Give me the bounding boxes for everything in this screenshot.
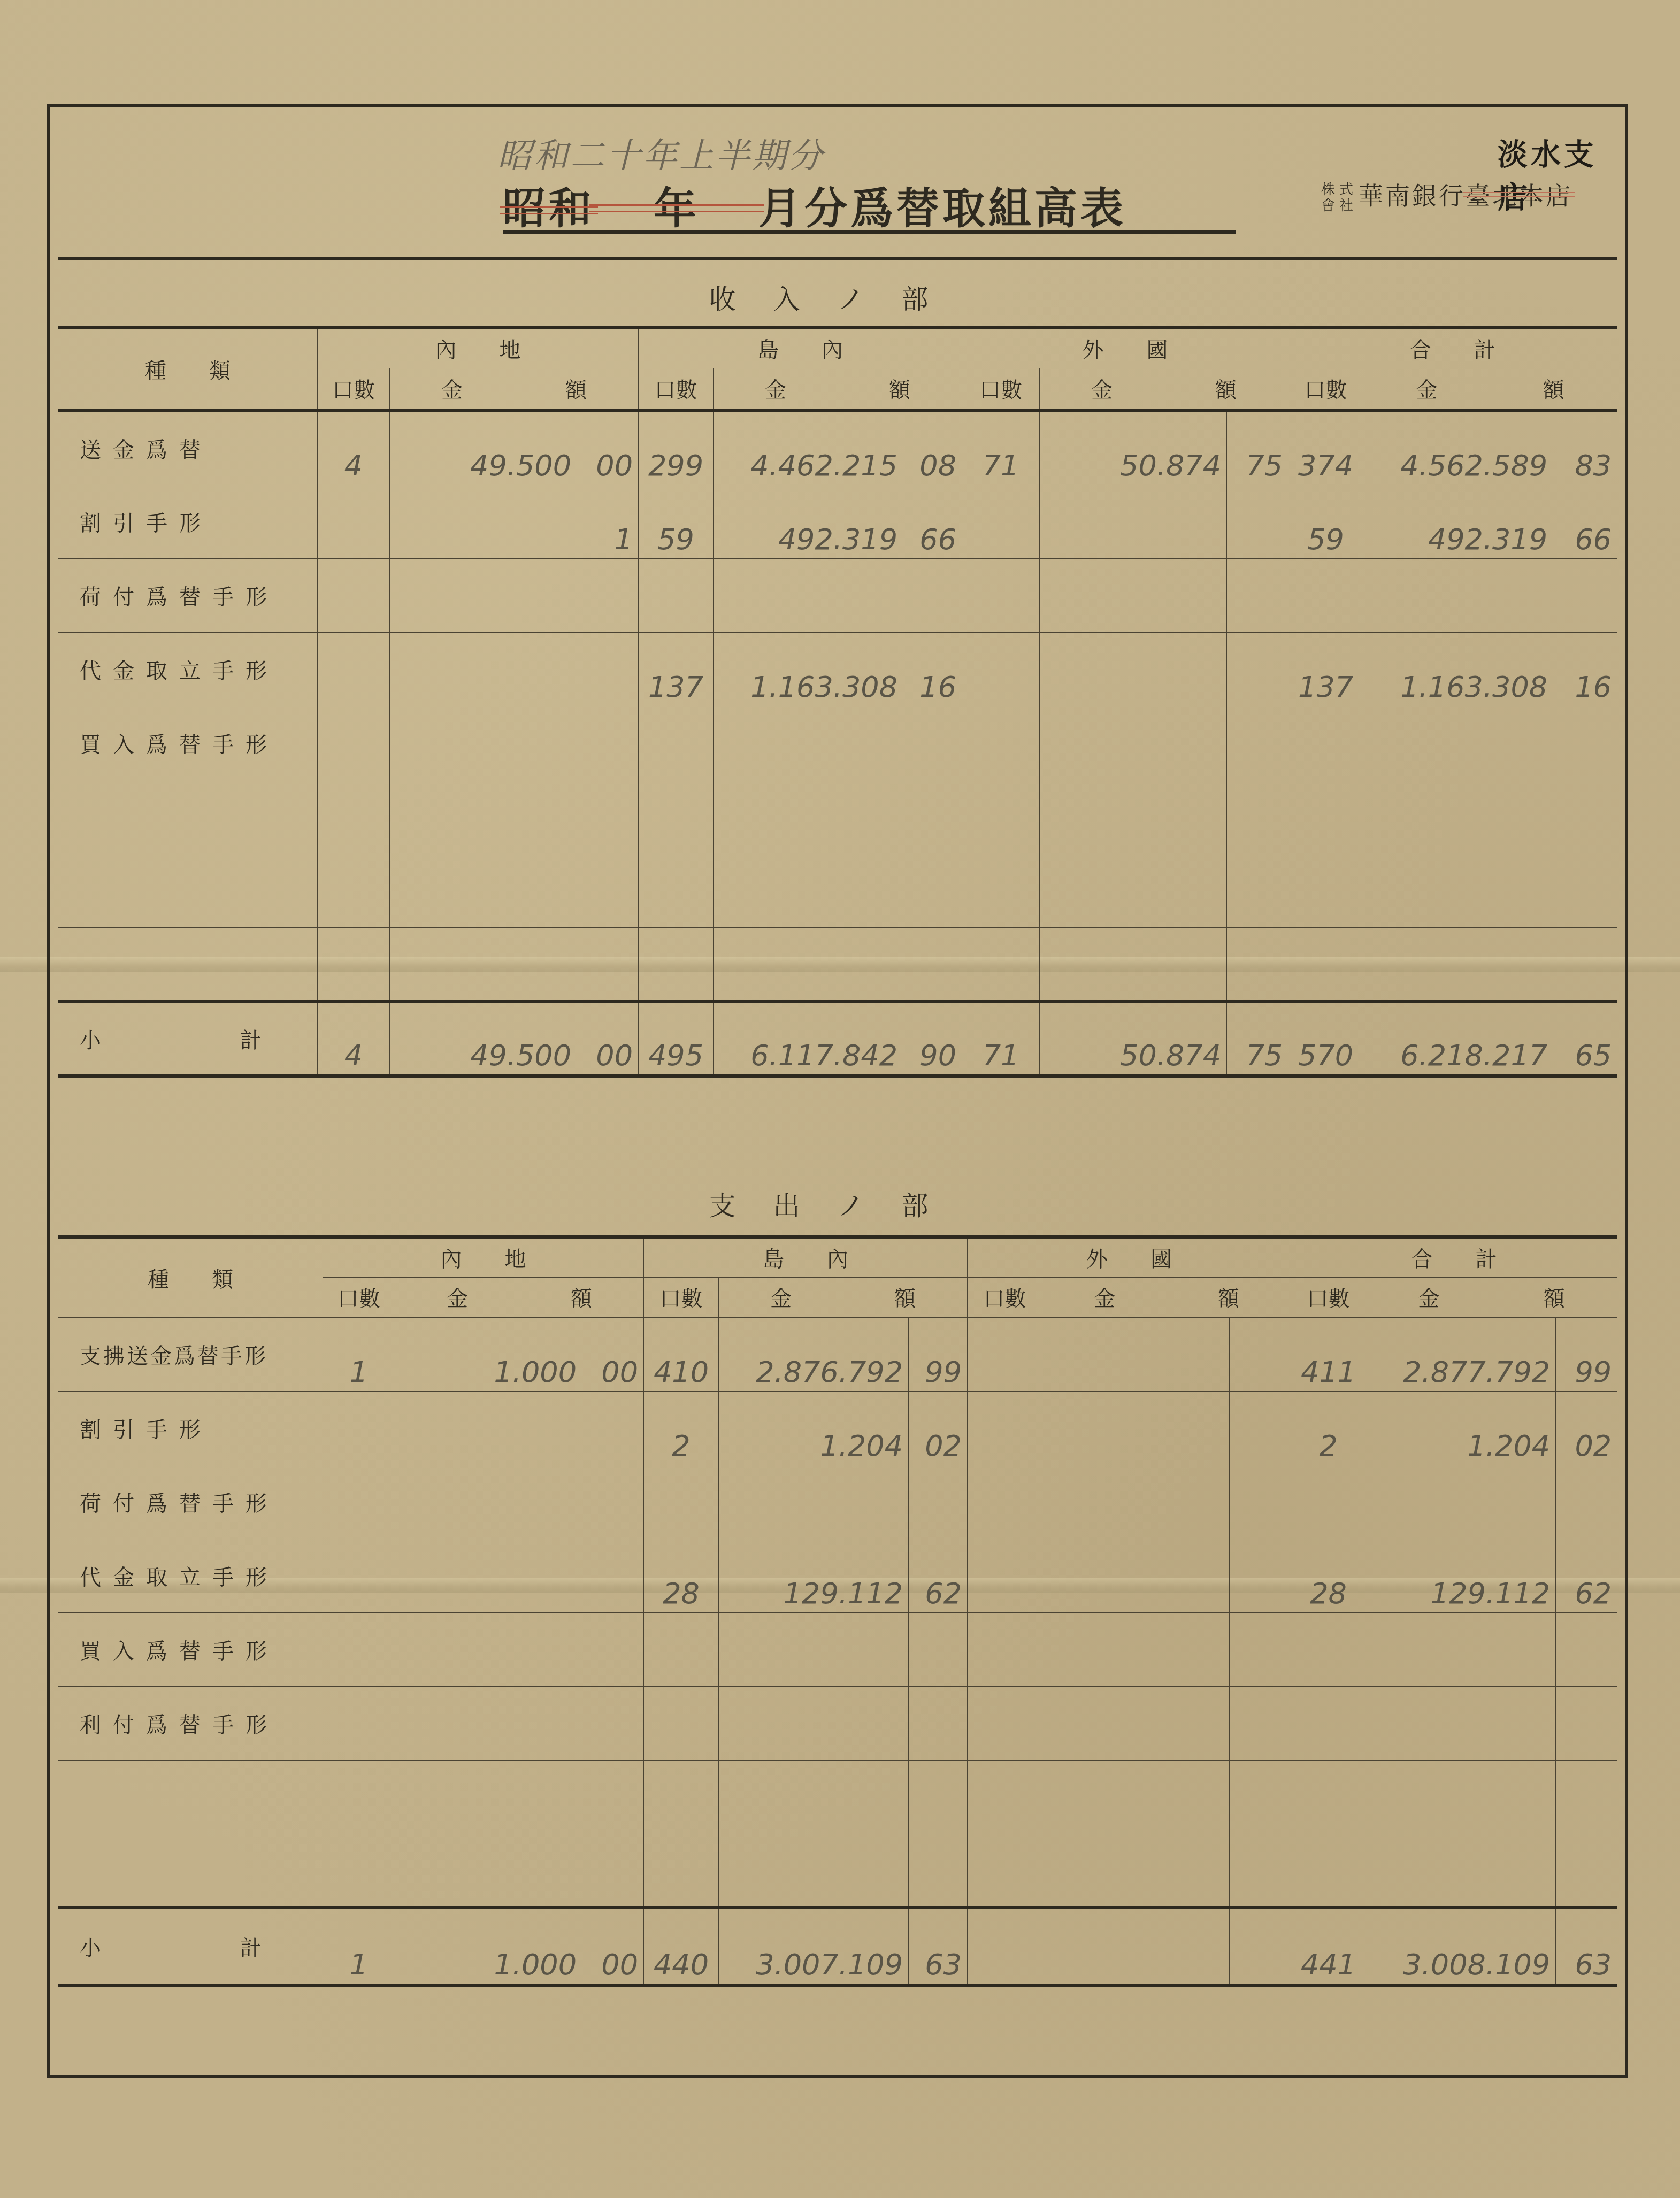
total-count-cell: 411 [1291,1317,1366,1391]
tounai-sen-cell [909,1760,968,1834]
gaikoku-yen-cell [1042,1391,1230,1465]
gaikoku-sen-cell [1230,1465,1291,1539]
table-row: 利付爲替手形 [58,1686,1617,1760]
gaikoku-sen-cell [1227,485,1288,558]
gaikoku-count-cell [968,1317,1042,1391]
subtotal-gaikoku-yen [1042,1908,1230,1985]
total-count-cell: 374 [1288,411,1363,485]
total-count-cell [1291,1686,1366,1760]
gaikoku-sen-cell [1230,1612,1291,1686]
form-header: 昭和二十年上半期分 昭和年月分爲替取組高表 淡水支店 株式會社華南銀行臺北本店 [53,123,1621,251]
tounai-count-cell: 137 [639,632,714,706]
header-amount-right: 額 [1544,1282,1565,1312]
gaikoku-yen-cell [1040,558,1227,632]
row-category: 割引手形 [58,485,318,558]
header-category: 種 類 [58,328,318,411]
subtotal-total-sen: 65 [1553,1001,1617,1076]
table-row [58,927,1617,1001]
naichi-yen-cell [395,1686,582,1760]
gaikoku-yen-cell [1042,1612,1230,1686]
naichi-yen-cell [390,706,577,780]
gaikoku-count-cell [962,485,1040,558]
total-sen-cell [1553,854,1617,927]
bank-name: 華南銀行 [1359,181,1466,210]
subtotal-total-yen: 3.008.109 [1366,1908,1556,1985]
tounai-count-cell: 299 [639,411,714,485]
subtotal-naichi-sen: 00 [577,1001,639,1076]
total-count-cell [1291,1465,1366,1539]
tounai-yen-cell [719,1612,909,1686]
section-rule [58,257,1617,260]
tounai-yen-cell: 1.163.308 [714,632,903,706]
gaikoku-count-cell [968,1539,1042,1612]
payments-title: 支出ノ部 [58,1185,1617,1223]
naichi-sen-cell [582,1760,644,1834]
naichi-count-cell [323,1760,395,1834]
tounai-count-cell [644,1834,719,1908]
tounai-yen-cell [719,1760,909,1834]
total-yen-cell [1363,854,1553,927]
naichi-yen-cell: 49.500 [390,411,577,485]
total-count-cell [1291,1834,1366,1908]
tounai-yen-cell: 1.204 [719,1391,909,1465]
total-yen-cell [1363,706,1553,780]
total-sen-cell [1553,706,1617,780]
header-amount-left: 金 [1094,1282,1115,1312]
header-group-naichi: 內 地 [318,328,639,368]
naichi-count-cell [323,1391,395,1465]
tounai-yen-cell [719,1834,909,1908]
title-year-text: 年 [654,183,700,233]
total-yen-cell: 4.562.589 [1363,411,1553,485]
header-amount: 金額 [1042,1277,1291,1317]
total-sen-cell: 62 [1556,1539,1617,1612]
gaikoku-sen-cell [1227,780,1288,854]
header-amount-right: 額 [1215,373,1237,404]
title-main-text: 月分爲替取組高表 [758,183,1126,233]
header-count: 口數 [639,368,714,411]
gaikoku-sen-cell [1230,1391,1291,1465]
receipts-table: 種 類 內 地 島 內 外 國 合 計 口數 金額 口數 金額 口數 金額 口數… [58,326,1617,1078]
header-count: 口數 [1288,368,1363,411]
red-strike-line [500,206,598,208]
header-amount-left: 金 [1418,1282,1439,1312]
company-type-top: 株式 [1321,182,1357,198]
header-amount: 金額 [395,1277,644,1317]
gaikoku-count-cell [968,1834,1042,1908]
naichi-yen-cell [395,1465,582,1539]
total-sen-cell [1553,558,1617,632]
naichi-count-cell [323,1539,395,1612]
subtotal-gaikoku-yen: 50.874 [1040,1001,1227,1076]
header-amount-left: 金 [447,1282,468,1312]
headquarters-text: 臺北本店 [1466,181,1572,210]
naichi-sen-cell [577,780,639,854]
form-title: 昭和年月分爲替取組高表 [503,174,1126,235]
naichi-sen-cell [577,927,639,1001]
receipts-title: 收入ノ部 [58,278,1617,317]
naichi-count-cell [318,927,390,1001]
subtotal-tounai-sen: 63 [909,1908,968,1985]
header-amount-right: 額 [894,1282,916,1312]
gaikoku-count-cell [962,854,1040,927]
tounai-sen-cell [903,854,962,927]
subtotal-naichi-count: 4 [318,1001,390,1076]
naichi-count-cell [318,854,390,927]
subtotal-gaikoku-sen [1230,1908,1291,1985]
row-category: 送金爲替 [58,411,318,485]
naichi-yen-cell [395,1391,582,1465]
tounai-sen-cell [903,927,962,1001]
naichi-sen-cell [577,632,639,706]
table-row: 荷付爲替手形 [58,1465,1617,1539]
tounai-yen-cell: 129.112 [719,1539,909,1612]
tounai-yen-cell: 492.319 [714,485,903,558]
header-amount-right: 額 [571,1282,592,1312]
table-row: 支拂送金爲替手形11.000004102.876.792994112.877.7… [58,1317,1617,1391]
tounai-yen-cell: 2.876.792 [719,1317,909,1391]
gaikoku-count-cell [968,1391,1042,1465]
tounai-count-cell: 59 [639,485,714,558]
row-category: 利付爲替手形 [58,1686,323,1760]
header-amount-right: 額 [1543,373,1564,404]
total-sen-cell [1556,1686,1617,1760]
naichi-yen-cell [390,854,577,927]
gaikoku-yen-cell [1040,854,1227,927]
header-category-label: 種 類 [145,359,231,383]
tounai-yen-cell [714,706,903,780]
payments-table: 種 類 內 地 島 內 外 國 合 計 口數 金額 口數 金額 口數 金額 口數… [58,1235,1617,1987]
tounai-count-cell [639,706,714,780]
table-row [58,854,1617,927]
gaikoku-count-cell [968,1686,1042,1760]
naichi-sen-cell [582,1686,644,1760]
tounai-count-cell [639,558,714,632]
subtotal-total-sen: 63 [1556,1908,1617,1985]
total-count-cell: 137 [1288,632,1363,706]
tounai-sen-cell [909,1686,968,1760]
header-count: 口數 [323,1277,395,1317]
table-row: 荷付爲替手形 [58,558,1617,632]
total-yen-cell [1363,558,1553,632]
table-row: 代金取立手形1371.163.308161371.163.30816 [58,632,1617,706]
total-sen-cell: 83 [1553,411,1617,485]
tounai-yen-cell: 4.462.215 [714,411,903,485]
total-sen-cell: 02 [1556,1391,1617,1465]
title-underline [503,230,1236,234]
header-amount-right: 額 [889,373,910,404]
total-yen-cell [1366,1686,1556,1760]
gaikoku-count-cell [962,780,1040,854]
header-count: 口數 [962,368,1040,411]
naichi-sen-cell [582,1612,644,1686]
total-count-cell [1291,1612,1366,1686]
naichi-sen-cell [582,1539,644,1612]
tounai-count-cell: 410 [644,1317,719,1391]
header-group-gaikoku: 外 國 [968,1237,1291,1277]
company-type: 株式會社 [1321,182,1359,214]
tounai-count-cell [644,1760,719,1834]
tounai-sen-cell: 16 [903,632,962,706]
naichi-yen-cell [390,558,577,632]
tounai-count-cell [644,1612,719,1686]
row-category: 支拂送金爲替手形 [58,1317,323,1391]
subtotal-row: 小 計449.500004956.117.842907150.874755706… [58,1001,1617,1076]
total-count-cell [1288,780,1363,854]
total-yen-cell [1366,1465,1556,1539]
subtotal-gaikoku-sen: 75 [1227,1001,1288,1076]
tounai-sen-cell [909,1465,968,1539]
tounai-sen-cell [903,706,962,780]
gaikoku-count-cell [962,706,1040,780]
naichi-count-cell: 4 [318,411,390,485]
header-category: 種 類 [58,1237,323,1317]
header-group-naichi: 內 地 [323,1237,644,1277]
total-sen-cell [1556,1612,1617,1686]
table-row: 代金取立手形28129.1126228129.11262 [58,1539,1617,1612]
subtotal-gaikoku-count: 71 [962,1001,1040,1076]
naichi-yen-cell: 1.000 [395,1317,582,1391]
total-yen-cell [1366,1760,1556,1834]
subtotal-naichi-sen: 00 [582,1908,644,1985]
header-amount: 金額 [1040,368,1288,411]
naichi-sen-cell [582,1834,644,1908]
header-group-total: 合 計 [1291,1237,1617,1277]
tounai-count-cell [644,1465,719,1539]
gaikoku-yen-cell [1042,1760,1230,1834]
tounai-sen-cell: 62 [909,1539,968,1612]
row-category: 買入爲替手形 [58,1612,323,1686]
subtotal-naichi-yen: 49.500 [390,1001,577,1076]
header-count: 口數 [318,368,390,411]
total-yen-cell: 129.112 [1366,1539,1556,1612]
struck-year: 年 [654,183,700,233]
subtotal-tounai-sen: 90 [903,1001,962,1076]
row-category: 代金取立手形 [58,1539,323,1612]
total-yen-cell: 2.877.792 [1366,1317,1556,1391]
subtotal-total-yen: 6.218.217 [1363,1001,1553,1076]
naichi-count-cell [323,1465,395,1539]
gaikoku-yen-cell [1042,1686,1230,1760]
naichi-count-cell [318,706,390,780]
row-category [58,854,318,927]
naichi-count-cell [318,780,390,854]
naichi-yen-cell [395,1834,582,1908]
total-count-cell [1288,927,1363,1001]
red-strike-line [589,211,764,212]
subtotal-row: 小 計11.000004403.007.109634413.008.10963 [58,1908,1617,1985]
header-amount-left: 金 [1091,373,1113,404]
struck-headquarters: 臺北本店 [1466,181,1572,210]
naichi-yen-cell [395,1612,582,1686]
total-count-cell [1291,1760,1366,1834]
header-amount: 金額 [390,368,639,411]
tounai-count-cell [644,1686,719,1760]
naichi-count-cell [323,1612,395,1686]
subtotal-tounai-yen: 3.007.109 [719,1908,909,1985]
gaikoku-count-cell [962,632,1040,706]
total-sen-cell: 66 [1553,485,1617,558]
gaikoku-yen-cell [1042,1539,1230,1612]
gaikoku-count-cell [968,1612,1042,1686]
subtotal-tounai-count: 495 [639,1001,714,1076]
total-yen-cell [1363,780,1553,854]
total-yen-cell: 1.204 [1366,1391,1556,1465]
total-sen-cell [1556,1760,1617,1834]
total-sen-cell [1556,1834,1617,1908]
naichi-sen-cell: 1 [577,485,639,558]
naichi-yen-cell [390,485,577,558]
title-era-text: 昭和 [503,183,595,233]
gaikoku-count-cell [968,1760,1042,1834]
gaikoku-sen-cell [1227,632,1288,706]
subtotal-tounai-yen: 6.117.842 [714,1001,903,1076]
gaikoku-yen-cell [1040,632,1227,706]
tounai-count-cell: 28 [644,1539,719,1612]
company-name: 株式會社華南銀行臺北本店 [1321,176,1572,214]
header-group-total: 合 計 [1288,328,1617,368]
naichi-count-cell [318,485,390,558]
gaikoku-sen-cell [1230,1834,1291,1908]
table-row: 割引手形21.2040221.20402 [58,1391,1617,1465]
handwritten-period-note: 昭和二十年上半期分 [497,128,825,178]
header-amount-right: 額 [565,373,587,404]
company-type-bottom: 會社 [1321,198,1357,214]
tounai-sen-cell: 99 [909,1317,968,1391]
row-category [58,780,318,854]
table-row [58,1834,1617,1908]
header-amount-left: 金 [1416,373,1438,404]
total-sen-cell: 16 [1553,632,1617,706]
struck-era: 昭和 [503,183,595,233]
naichi-yen-cell [390,632,577,706]
row-category [58,1760,323,1834]
row-category [58,1834,323,1908]
header-count: 口數 [1291,1277,1366,1317]
gaikoku-sen-cell [1230,1686,1291,1760]
header-group-tounai: 島 內 [644,1237,968,1277]
tounai-sen-cell [909,1834,968,1908]
header-amount-left: 金 [765,373,786,404]
total-count-cell: 2 [1291,1391,1366,1465]
gaikoku-yen-cell [1040,780,1227,854]
total-sen-cell [1553,780,1617,854]
tounai-sen-cell: 02 [909,1391,968,1465]
subtotal-gaikoku-count [968,1908,1042,1985]
total-yen-cell [1366,1612,1556,1686]
gaikoku-yen-cell [1040,706,1227,780]
total-count-cell [1288,558,1363,632]
row-category [58,927,318,1001]
row-category: 買入爲替手形 [58,706,318,780]
header-group-tounai: 島 內 [639,328,962,368]
total-yen-cell: 492.319 [1363,485,1553,558]
naichi-yen-cell [390,780,577,854]
tounai-sen-cell [909,1612,968,1686]
header-group-gaikoku: 外 國 [962,328,1288,368]
gaikoku-yen-cell [1042,1317,1230,1391]
red-strike-line [1463,192,1575,193]
tounai-sen-cell [903,780,962,854]
red-strike-line [1463,196,1575,197]
table-row: 送金爲替449.500002994.462.215087150.87475374… [58,411,1617,485]
tounai-count-cell [639,854,714,927]
table-row: 買入爲替手形 [58,1612,1617,1686]
tounai-yen-cell [719,1686,909,1760]
payments-body: 支拂送金爲替手形11.000004102.876.792994112.877.7… [58,1317,1617,1985]
gaikoku-sen-cell [1227,854,1288,927]
header-amount-left: 金 [441,373,463,404]
tounai-yen-cell [714,558,903,632]
receipts-body: 送金爲替449.500002994.462.215087150.87475374… [58,411,1617,1076]
header-amount-right: 額 [1218,1282,1239,1312]
total-sen-cell: 99 [1556,1317,1617,1391]
gaikoku-sen-cell [1230,1539,1291,1612]
tounai-sen-cell [903,558,962,632]
naichi-count-cell [318,632,390,706]
naichi-sen-cell [577,558,639,632]
header-category-label: 種 類 [148,1267,233,1292]
tounai-yen-cell [714,780,903,854]
naichi-sen-cell [577,854,639,927]
header-count: 口數 [644,1277,719,1317]
naichi-count-cell [323,1686,395,1760]
gaikoku-sen-cell [1227,927,1288,1001]
gaikoku-yen-cell [1040,485,1227,558]
gaikoku-sen-cell: 75 [1227,411,1288,485]
header-amount: 金額 [1366,1277,1617,1317]
total-yen-cell [1363,927,1553,1001]
naichi-count-cell [318,558,390,632]
header-amount: 金額 [719,1277,968,1317]
total-count-cell [1288,854,1363,927]
subtotal-naichi-yen: 1.000 [395,1908,582,1985]
gaikoku-count-cell [962,927,1040,1001]
total-count-cell [1288,706,1363,780]
subtotal-total-count: 570 [1288,1001,1363,1076]
tounai-yen-cell [714,854,903,927]
total-yen-cell: 1.163.308 [1363,632,1553,706]
row-category: 代金取立手形 [58,632,318,706]
row-category: 荷付爲替手形 [58,1465,323,1539]
row-category: 割引手形 [58,1391,323,1465]
naichi-count-cell: 1 [323,1317,395,1391]
gaikoku-sen-cell [1227,706,1288,780]
tounai-sen-cell: 08 [903,411,962,485]
header-amount: 金額 [714,368,962,411]
total-yen-cell [1366,1834,1556,1908]
gaikoku-count-cell [962,558,1040,632]
naichi-sen-cell: 00 [577,411,639,485]
naichi-sen-cell [582,1465,644,1539]
red-strike-line [500,213,598,214]
gaikoku-yen-cell [1042,1834,1230,1908]
header-count: 口數 [968,1277,1042,1317]
gaikoku-sen-cell [1230,1760,1291,1834]
table-row: 買入爲替手形 [58,706,1617,780]
total-sen-cell [1553,927,1617,1001]
table-row: 割引手形159492.3196659492.31966 [58,485,1617,558]
naichi-yen-cell [395,1760,582,1834]
subtotal-label: 小 計 [58,1908,323,1985]
naichi-sen-cell: 00 [582,1317,644,1391]
subtotal-naichi-count: 1 [323,1908,395,1985]
tounai-count-cell [639,927,714,1001]
gaikoku-yen-cell [1042,1465,1230,1539]
subtotal-label: 小 計 [58,1001,318,1076]
header-amount-left: 金 [770,1282,792,1312]
table-row [58,780,1617,854]
